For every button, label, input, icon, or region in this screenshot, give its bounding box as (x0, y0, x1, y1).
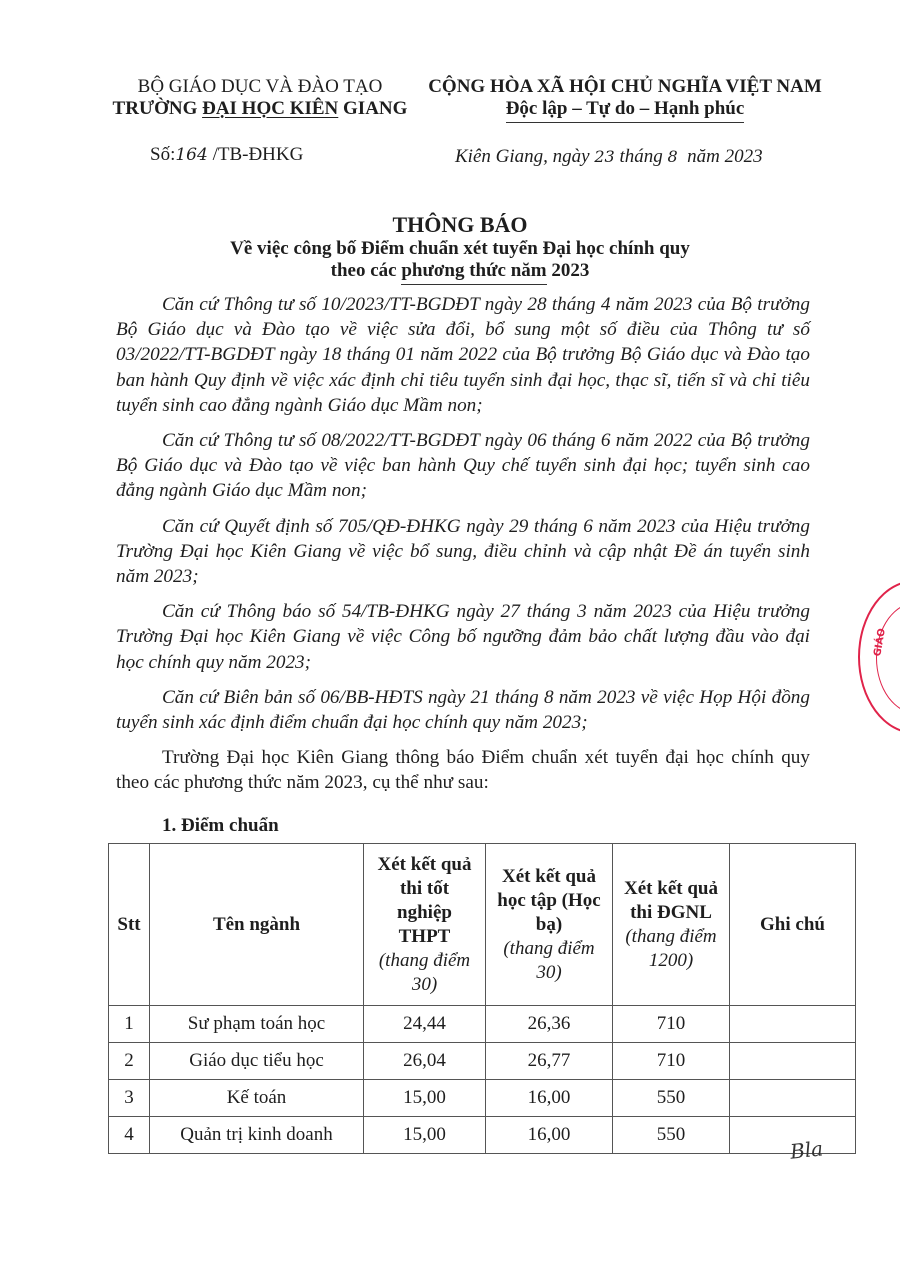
cell-dgnl: 710 (613, 1043, 730, 1080)
date-month: 8 (667, 147, 677, 166)
header-text: Ghi chú (760, 914, 825, 935)
cell-thpt: 15,00 (364, 1117, 486, 1154)
cell-major: Giáo dục tiểu học (150, 1043, 364, 1080)
cell-thpt: 26,04 (364, 1043, 486, 1080)
date-month-label: tháng (615, 146, 668, 167)
header-text: Xét kết quả thi tốt nghiệp THPT (378, 854, 472, 947)
subtitle-suffix: 2023 (547, 260, 590, 281)
header-text: Xét kết quả học tập (Học bạ) (497, 866, 600, 935)
cell-hocba: 26,77 (486, 1043, 613, 1080)
cell-dgnl: 710 (613, 1006, 730, 1043)
cell-note (730, 1043, 856, 1080)
intro-paragraph: Trường Đại học Kiên Giang thông báo Điểm… (116, 745, 810, 795)
cell-thpt: 15,00 (364, 1080, 486, 1117)
official-seal: GIÁO (858, 580, 900, 734)
basis-paragraph: Căn cứ Thông báo số 54/TB-ĐHKG ngày 27 t… (116, 599, 810, 675)
table-row: 2Giáo dục tiểu học26,0426,77710 (109, 1043, 856, 1080)
national-motto: Độc lập – Tự do – Hạnh phúc (506, 98, 745, 123)
subtitle-underlined: phương thức năm (401, 260, 546, 285)
cutoff-score-table: Stt Tên ngành Xét kết quả thi tốt nghiệp… (108, 843, 856, 1154)
document-number: Số:164 /TB-ĐHKG (150, 144, 303, 166)
signature-initials: Bla (789, 1136, 824, 1163)
cell-note (730, 1006, 856, 1043)
ministry-name: BỘ GIÁO DỤC VÀ ĐÀO TẠO (100, 76, 420, 98)
subtitle-prefix: theo các (331, 260, 402, 281)
cell-dgnl: 550 (613, 1117, 730, 1154)
cell-major: Quản trị kinh doanh (150, 1117, 364, 1154)
header-subtext: (thang điểm 30) (372, 949, 477, 997)
cell-stt: 1 (109, 1006, 150, 1043)
col-header-hocba: Xét kết quả học tập (Học bạ)(thang điểm … (486, 844, 613, 1006)
header-text: Stt (117, 914, 140, 935)
col-header-note: Ghi chú (730, 844, 856, 1006)
date-place: Kiên Giang, ngày (455, 146, 594, 167)
school-underlined: ĐẠI HỌC KIÊN (202, 98, 338, 119)
header-subtext: (thang điểm 1200) (623, 925, 719, 973)
school-suffix: GIANG (338, 98, 407, 119)
date-day: 23 (594, 147, 614, 166)
school-prefix: TRƯỜNG (113, 98, 203, 119)
national-header: CỘNG HÒA XÃ HỘI CHỦ NGHĨA VIỆT NAM Độc l… (420, 76, 830, 123)
section-heading: 1. Điểm chuẩn (162, 815, 279, 837)
col-header-thpt: Xét kết quả thi tốt nghiệp THPT(thang đi… (364, 844, 486, 1006)
date-line: Kiên Giang, ngày 23 tháng 8 năm 2023 (455, 146, 763, 168)
header-text: Xét kết quả thi ĐGNL (624, 878, 718, 923)
doc-number-suffix: /TB-ĐHKG (208, 144, 304, 165)
table-row: 4Quản trị kinh doanh15,0016,00550 (109, 1117, 856, 1154)
cell-major: Sư phạm toán học (150, 1006, 364, 1043)
cell-dgnl: 550 (613, 1080, 730, 1117)
document-title: THÔNG BÁO Về việc công bố Điểm chuẩn xét… (150, 212, 770, 285)
cell-hocba: 16,00 (486, 1117, 613, 1154)
title-subtitle-1: Về việc công bố Điểm chuẩn xét tuyển Đại… (150, 238, 770, 260)
cell-major: Kế toán (150, 1080, 364, 1117)
title-heading: THÔNG BÁO (150, 212, 770, 238)
title-subtitle-2: theo các phương thức năm 2023 (150, 260, 770, 285)
cell-thpt: 24,44 (364, 1006, 486, 1043)
school-name: TRƯỜNG ĐẠI HỌC KIÊN GIANG (100, 98, 420, 120)
seal-inner-ring (876, 602, 900, 714)
table-header-row: Stt Tên ngành Xét kết quả thi tốt nghiệp… (109, 844, 856, 1006)
cell-note (730, 1080, 856, 1117)
cell-hocba: 26,36 (486, 1006, 613, 1043)
date-year: năm 2023 (678, 146, 763, 167)
cell-stt: 2 (109, 1043, 150, 1080)
issuer-block: BỘ GIÁO DỤC VÀ ĐÀO TẠO TRƯỜNG ĐẠI HỌC KI… (100, 76, 420, 120)
cell-stt: 4 (109, 1117, 150, 1154)
legal-basis: Căn cứ Thông tư số 10/2023/TT-BGDĐT ngày… (116, 292, 810, 806)
table-row: 3Kế toán15,0016,00550 (109, 1080, 856, 1117)
basis-paragraph: Căn cứ Thông tư số 10/2023/TT-BGDĐT ngày… (116, 292, 810, 418)
country-name: CỘNG HÒA XÃ HỘI CHỦ NGHĨA VIỆT NAM (420, 76, 830, 98)
cell-stt: 3 (109, 1080, 150, 1117)
col-header-major: Tên ngành (150, 844, 364, 1006)
doc-number-handwritten: 164 (175, 145, 207, 165)
header-text: Tên ngành (213, 914, 300, 935)
table-row: 1Sư phạm toán học24,4426,36710 (109, 1006, 856, 1043)
basis-paragraph: Căn cứ Quyết định số 705/QĐ-ĐHKG ngày 29… (116, 514, 810, 590)
cell-hocba: 16,00 (486, 1080, 613, 1117)
basis-paragraph: Căn cứ Biên bản số 06/BB-HĐTS ngày 21 th… (116, 685, 810, 735)
basis-paragraph: Căn cứ Thông tư số 08/2022/TT-BGDĐT ngày… (116, 428, 810, 504)
header-subtext: (thang điểm 30) (492, 937, 606, 985)
col-header-dgnl: Xét kết quả thi ĐGNL(thang điểm 1200) (613, 844, 730, 1006)
col-header-stt: Stt (109, 844, 150, 1006)
doc-number-label: Số: (150, 144, 175, 165)
